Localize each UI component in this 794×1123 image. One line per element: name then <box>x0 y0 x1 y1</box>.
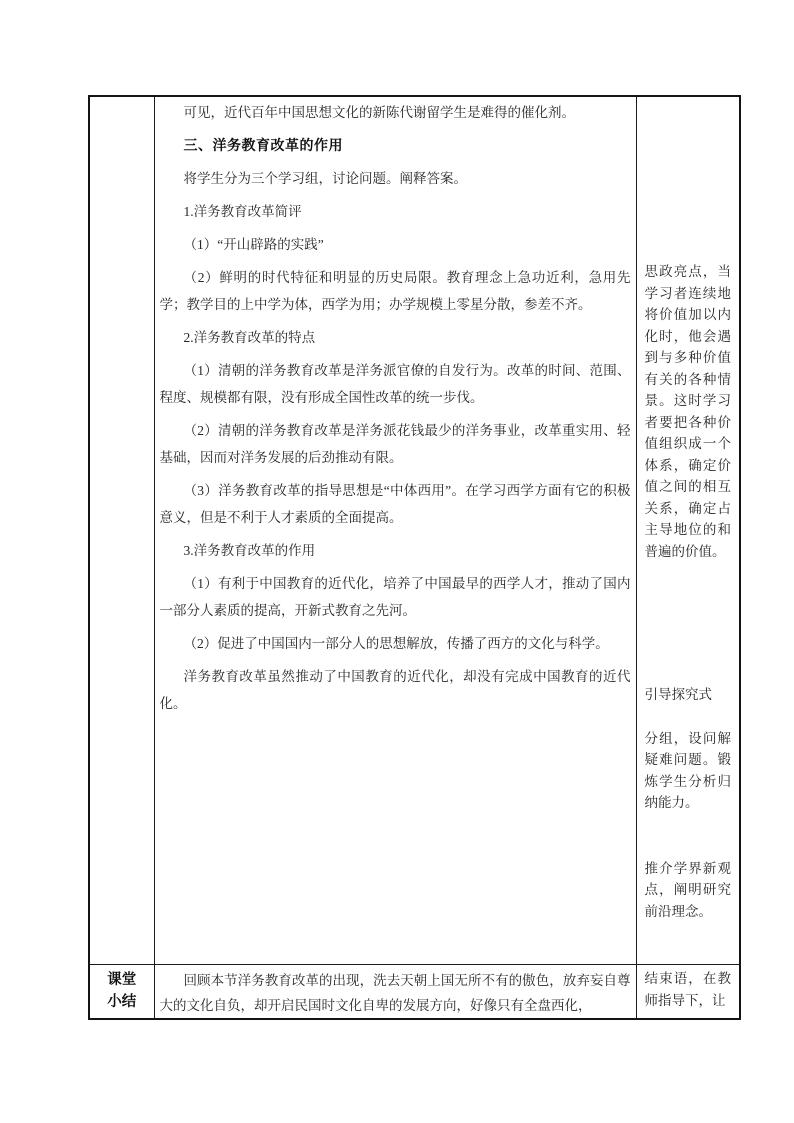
summary-label-cell: 课堂小结 <box>89 964 154 1019</box>
paragraph-final-conclusion: 洋务教育改革虽然推动了中国教育的近代化，却没有完成中国教育的近代化。 <box>160 663 631 717</box>
side-note-values: 思政亮点，当学习者连续地将价值加以内化时，他会遇到与多种价值有关的各种情景。这时… <box>645 261 732 562</box>
item-2-point-1: （1）清朝的洋务教育改革是洋务派官僚的自发行为。改革的时间、范围、程度、规模都有… <box>160 357 631 411</box>
item-2-point-3: （3）洋务教育改革的指导思想是“中体西用”。在学习西学方面有它的积极意义，但是不… <box>160 477 631 531</box>
summary-row: 课堂小结 回顾本节洋务教育改革的出现，洗去天朝上国无所不有的傲色，放弃妄自尊大的… <box>89 964 740 1019</box>
item-2-features-title: 2.洋务教育改革的特点 <box>160 324 631 351</box>
main-content-row: 可见，近代百年中国思想文化的新陈代谢留学生是难得的催化剂。 三、洋务教育改革的作… <box>89 96 740 964</box>
summary-side-note: 结束语，在教师指导下，让 <box>645 968 732 1012</box>
lesson-plan-table-wrap: 可见，近代百年中国思想文化的新陈代谢留学生是难得的催化剂。 三、洋务教育改革的作… <box>88 95 741 1020</box>
item-3-point-2: （2）促进了中国国内一部分人的思想解放，传播了西方的文化与科学。 <box>160 630 631 657</box>
item-3-role-title: 3.洋务教育改革的作用 <box>160 537 631 564</box>
item-1-review-title: 1.洋务教育改革简评 <box>160 198 631 225</box>
summary-text: 回顾本节洋务教育改革的出现，洗去天朝上国无所不有的傲色，放弃妄自尊大的文化自负，… <box>160 968 631 1018</box>
item-2-point-2: （2）清朝的洋务教育改革是洋务派花钱最少的洋务事业，改革重实用、轻基础，因而对洋… <box>160 417 631 471</box>
document-page: 可见，近代百年中国思想文化的新陈代谢留学生是难得的催化剂。 三、洋务教育改革的作… <box>0 0 794 1123</box>
item-1-point-1: （1）“开山辟路的实践” <box>160 231 631 258</box>
lesson-plan-table: 可见，近代百年中国思想文化的新陈代谢留学生是难得的催化剂。 三、洋务教育改革的作… <box>88 95 741 1020</box>
section-heading: 三、洋务教育改革的作用 <box>160 132 631 159</box>
side-note-inquiry: 引导探究式 <box>645 684 732 706</box>
summary-label: 课堂小结 <box>106 969 137 1013</box>
lesson-content-cell: 可见，近代百年中国思想文化的新陈代谢留学生是难得的催化剂。 三、洋务教育改革的作… <box>154 96 636 964</box>
empty-label-cell <box>89 96 154 964</box>
side-note-new-views: 推介学界新观点，阐明研究前沿理念。 <box>645 858 732 923</box>
summary-note-cell: 结束语，在教师指导下，让 <box>636 964 740 1019</box>
summary-content-cell: 回顾本节洋务教育改革的出现，洗去天朝上国无所不有的傲色，放弃妄自尊大的文化自负，… <box>154 964 636 1019</box>
item-1-point-2: （2）鲜明的时代特征和明显的历史局限。教育理念上急功近利，急用先学；教学目的上中… <box>160 264 631 318</box>
item-3-point-1: （1）有利于中国教育的近代化，培养了中国最早的西学人才，推动了国内一部分人素质的… <box>160 570 631 624</box>
side-notes-cell: 思政亮点，当学习者连续地将价值加以内化时，他会遇到与多种价值有关的各种情景。这时… <box>636 96 740 964</box>
paragraph-catalyst-conclusion: 可见，近代百年中国思想文化的新陈代谢留学生是难得的催化剂。 <box>160 99 631 126</box>
side-note-grouping: 分组，设问解疑难问题。锻炼学生分析归纳能力。 <box>645 728 732 814</box>
paragraph-group-activity: 将学生分为三个学习组，讨论问题。阐释答案。 <box>160 165 631 192</box>
